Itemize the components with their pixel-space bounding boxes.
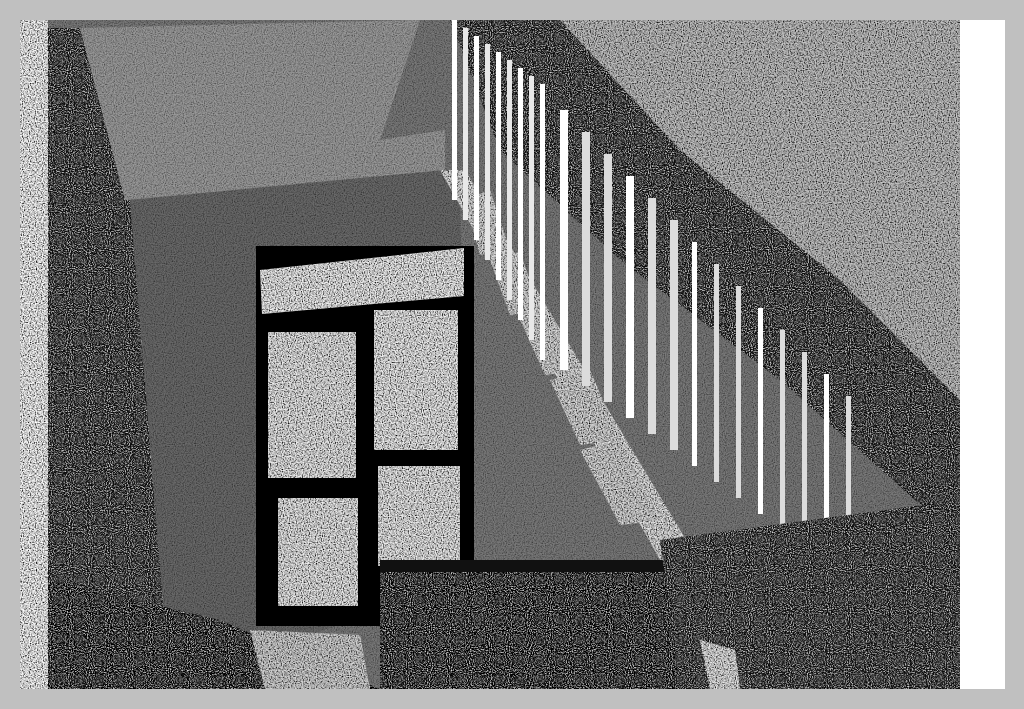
staircase-photo xyxy=(20,20,960,689)
image-frame: Black-and-white dithered photograph of a… xyxy=(20,20,1005,689)
right-margin-strip xyxy=(960,20,1005,689)
